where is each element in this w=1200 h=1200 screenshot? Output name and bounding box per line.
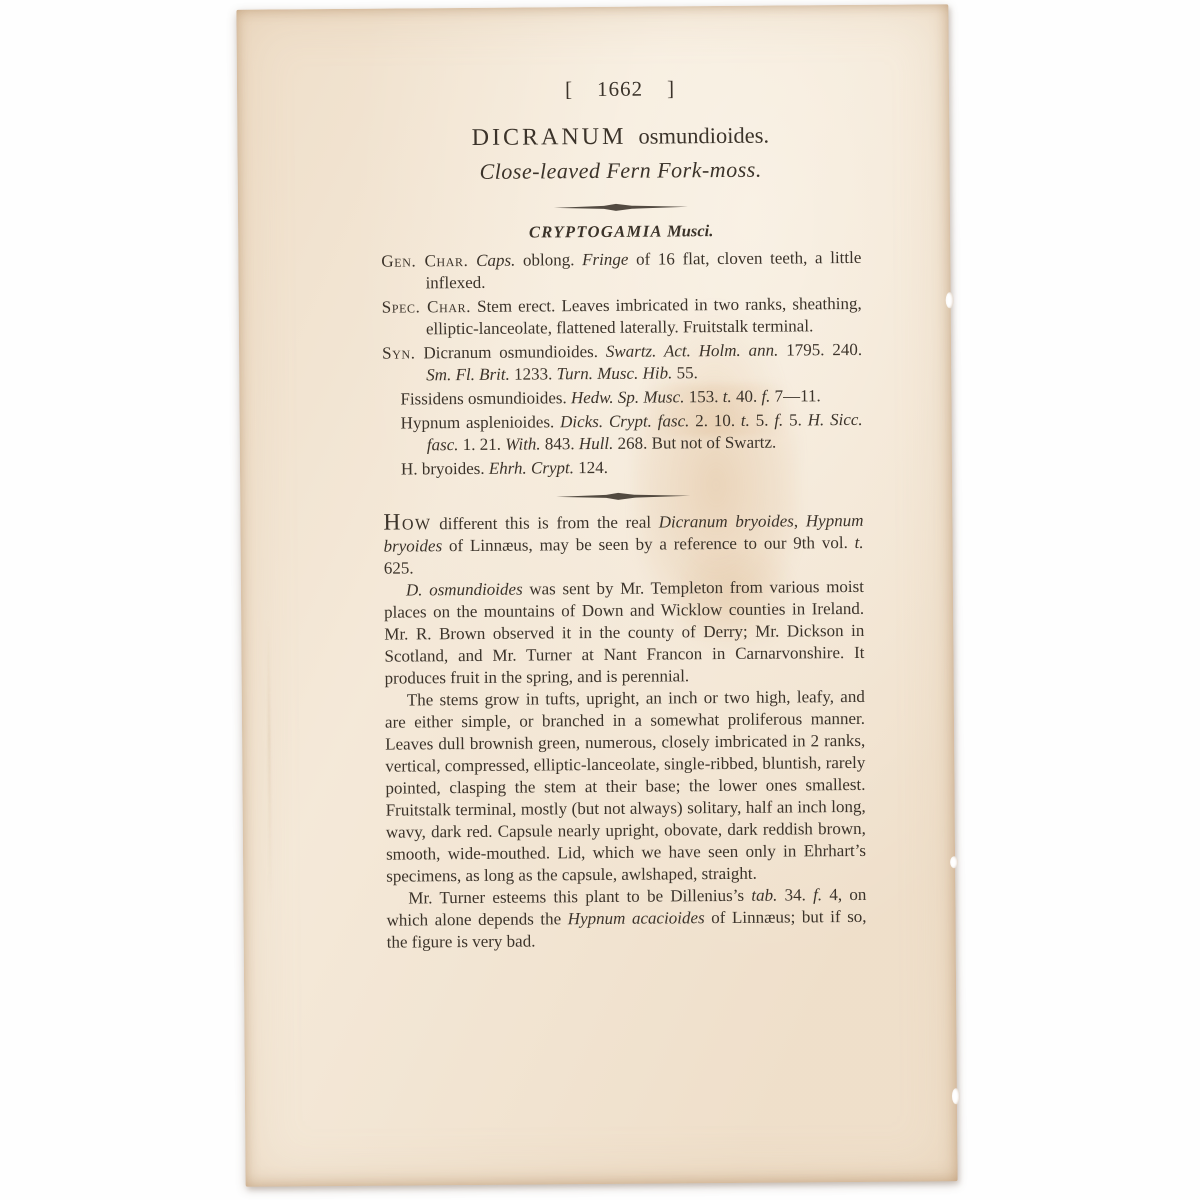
edge-nick	[952, 1088, 960, 1104]
page-number: [1662]	[380, 75, 860, 104]
page-number-value: 1662	[597, 77, 643, 102]
generic-character: Gen. Char. Caps. oblong. Fringe of 16 fl…	[381, 247, 861, 295]
page-number-bracket-left: [	[565, 77, 573, 102]
edge-nick	[950, 856, 958, 868]
section-divider-top	[381, 201, 861, 214]
body-paragraph: Mr. Turner esteems this plant to be Dill…	[386, 884, 867, 954]
synonym-entry: Hypnum asplenioides. Dicks. Crypt. fasc.…	[383, 409, 863, 457]
classification-heading: CRYPTOGAMIA Musci.	[381, 220, 861, 244]
edge-nick	[946, 292, 954, 308]
species-epithet: osmundioides.	[638, 123, 769, 149]
book-page: [1662] DICRANUMosmundioides. Close-leave…	[236, 4, 957, 1187]
synonym-entry: H. bryoides. Ehrh. Crypt. 124.	[383, 455, 863, 481]
body-paragraph: The stems grow in tufts, upright, an inc…	[385, 686, 867, 888]
genus-name: DICRANUM	[472, 124, 627, 151]
common-name: Close-leaved Fern Fork-moss.	[381, 156, 861, 186]
species-title: DICRANUMosmundioides.	[380, 122, 860, 153]
synonym-entry: Syn. Dicranum osmundioides. Swartz. Act.…	[382, 339, 862, 387]
tapered-rule-icon	[556, 491, 690, 501]
section-divider-middle	[383, 490, 863, 503]
page-number-bracket-right: ]	[667, 76, 675, 101]
scan-background: [1662] DICRANUMosmundioides. Close-leave…	[0, 0, 1200, 1200]
paper-crease	[267, 620, 271, 920]
body-paragraph: How different this is from the real Dicr…	[383, 508, 864, 580]
body-paragraph: D. osmundioides was sent by Mr. Templeto…	[384, 576, 865, 690]
tapered-rule-icon	[554, 202, 688, 212]
text-column: Gen. Char. Caps. oblong. Fringe of 16 fl…	[381, 247, 867, 954]
specific-character: Spec. Char. Stem erect. Leaves imbricate…	[382, 293, 862, 341]
synonym-entry: Fissidens osmundioides. Hedw. Sp. Musc. …	[382, 385, 862, 411]
